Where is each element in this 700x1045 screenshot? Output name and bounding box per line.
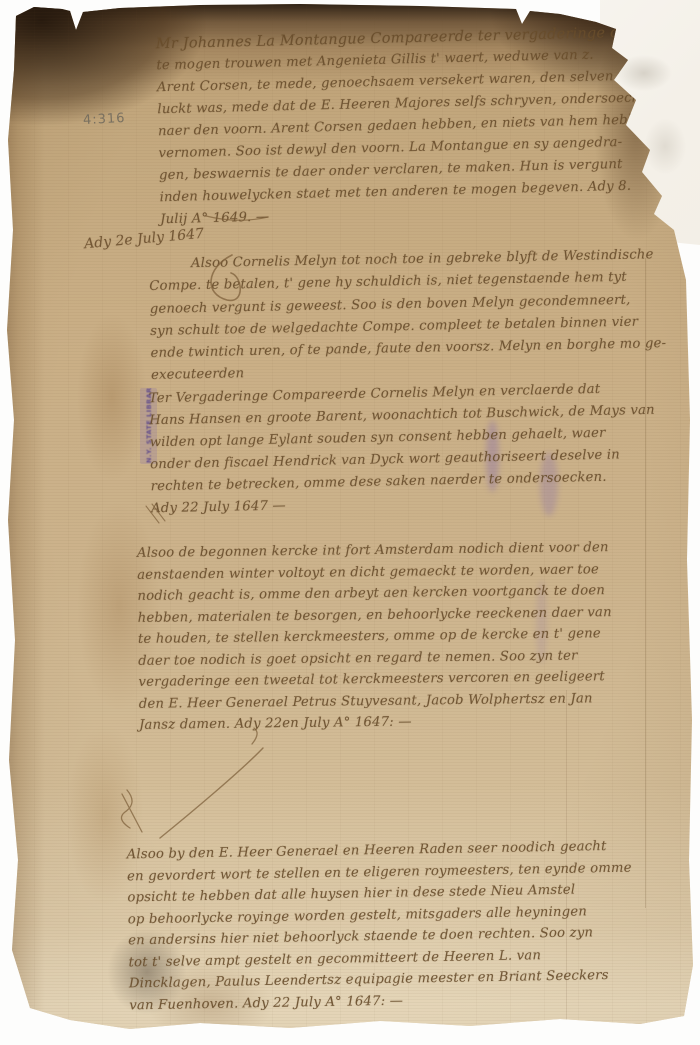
manuscript-line: Jansz damen. Ady 22en July A° 1647: — xyxy=(139,712,613,739)
manuscript-paper-sheet: 4:316 N.Y. STATE LIBRARY Mr Johannes La … xyxy=(0,0,700,1045)
flourish-diagonal-stroke xyxy=(160,748,263,838)
manuscript-entry-melyn-debt: Alsoo Cornelis Melyn tot noch toe in geb… xyxy=(149,247,667,391)
manuscript-entry-church-wardens: Alsoo de begonnen kercke int fort Amster… xyxy=(137,540,613,739)
manuscript-entry-melyn-maize: Ter Vergaderinge Compareerde Cornelis Me… xyxy=(149,381,657,524)
entry-date-heading: Ady 2e July 1647 xyxy=(84,226,205,252)
manuscript-scan: 4:316 N.Y. STATE LIBRARY Mr Johannes La … xyxy=(0,0,700,1045)
flourish-margin-scribble xyxy=(121,790,142,832)
manuscript-entry-la-montagne: Mr Johannes La Montangue Compareerde ter… xyxy=(156,24,674,234)
archive-number-pencil: 4:316 xyxy=(83,111,126,128)
manuscript-entry-surveyors: Alsoo by den E. Heer Generael en Heeren … xyxy=(127,839,635,1020)
